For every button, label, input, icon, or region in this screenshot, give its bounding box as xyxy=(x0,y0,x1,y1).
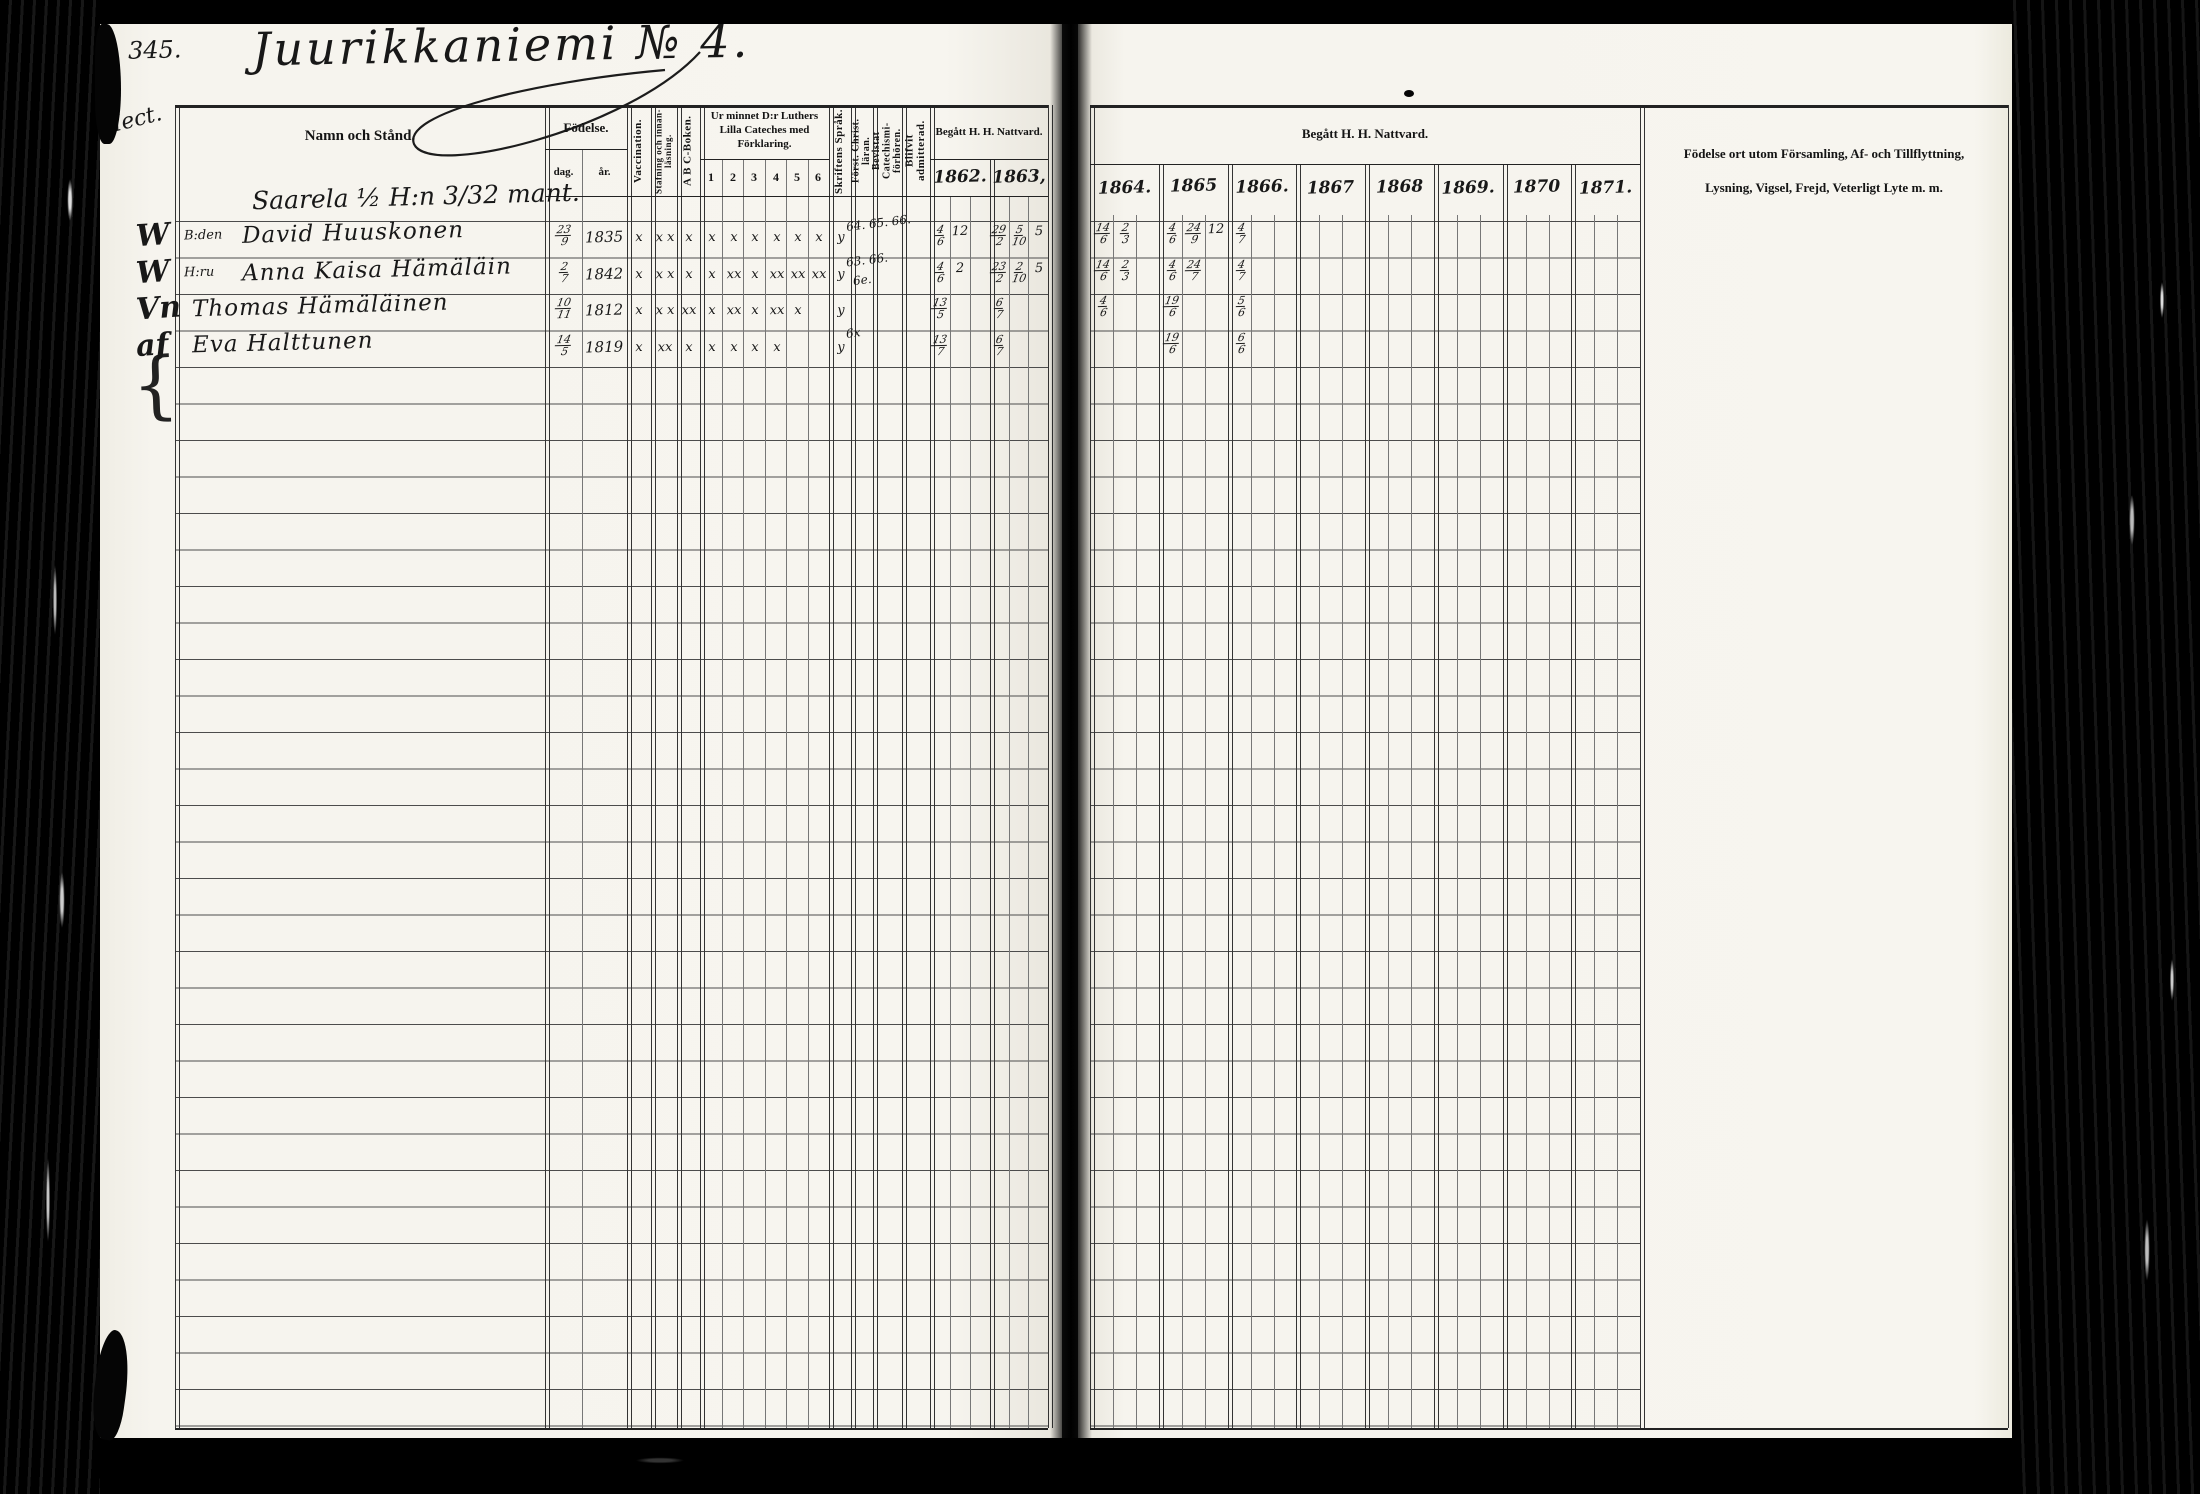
spelling-mark: xx xyxy=(654,339,676,355)
catechism-mark: x xyxy=(747,266,763,281)
abc-mark: x xyxy=(680,266,698,281)
year-label-1862: 1862. xyxy=(930,166,991,188)
catechism-grade-5: 5 xyxy=(789,170,805,185)
communion-date: 46 xyxy=(1092,295,1115,319)
communion-date: 135 xyxy=(929,297,952,321)
table-gridline xyxy=(786,160,787,1428)
fraction-date: 196 xyxy=(1163,331,1180,354)
fraction-date: 46 xyxy=(1098,295,1108,318)
table-gridline xyxy=(970,197,971,1428)
book-gutter-shadow xyxy=(1050,24,1092,1440)
col-header-scripture-language: Skriftens Språk. xyxy=(829,107,851,195)
table-gridline xyxy=(1594,215,1595,1428)
fraction-date: 46 xyxy=(1167,222,1177,245)
fraction-date: 196 xyxy=(1163,295,1180,318)
col-header-birth-day: dag. xyxy=(545,166,582,178)
table-gridline xyxy=(808,160,809,1428)
table-gridline xyxy=(1549,215,1550,1428)
abc-mark: x xyxy=(680,339,698,354)
col-header-birth-year: år. xyxy=(582,166,627,178)
language-mark: y xyxy=(832,339,850,354)
table-gridline xyxy=(1182,215,1183,1428)
catechism-mark: xx xyxy=(769,266,785,281)
fraction-date: 249 xyxy=(1185,222,1202,245)
catechism-mark: x xyxy=(704,230,720,245)
catechism-mark: x xyxy=(704,266,720,281)
col-header-communion-left: Begått H. H. Nattvard. xyxy=(930,126,1048,138)
year-label-1865: 1865 xyxy=(1159,175,1229,197)
fraction-date: 1011 xyxy=(556,297,573,320)
catechism-mark: xx xyxy=(811,266,827,281)
admit-note: 6e. xyxy=(852,271,872,287)
table-gridline xyxy=(1571,165,1576,1428)
table-gridline xyxy=(1028,197,1029,1428)
spelling-mark: x x xyxy=(654,230,676,246)
year-label-1863: 1863, xyxy=(990,166,1049,188)
table-gridline xyxy=(1319,215,1320,1428)
catechism-mark: x xyxy=(704,339,720,354)
catechism-mark: x xyxy=(811,230,827,245)
scan-border-right xyxy=(2012,0,2200,1494)
margin-pen-mark: Vn xyxy=(135,289,182,327)
col-header-catechism: Ur minnet D:r Luthers Lilla Cateches med… xyxy=(702,110,827,151)
fraction-date: 46 xyxy=(935,260,945,283)
communion-date: 137 xyxy=(929,333,952,357)
birth-year: 1842 xyxy=(585,264,624,283)
table-gridline xyxy=(1503,165,1508,1428)
year-label-1870: 1870 xyxy=(1502,176,1572,198)
person-name: Eva Halttunen xyxy=(192,327,374,358)
catechism-mark: x xyxy=(726,339,742,354)
scanned-ledger-page: 345. Juurikkaniemi № 4. Hect. Saarela ½ … xyxy=(0,0,2200,1494)
scan-border-bottom xyxy=(0,1438,2200,1494)
fraction-date: 23 xyxy=(1120,258,1130,281)
table-gridline xyxy=(743,160,744,1428)
catechism-grade-3: 3 xyxy=(746,170,762,185)
fraction-date: 56 xyxy=(1236,295,1246,318)
catechism-mark: x xyxy=(747,339,763,354)
vaccination-mark: x xyxy=(631,230,647,245)
birth-year: 1812 xyxy=(585,301,624,320)
fraction-date: 27 xyxy=(559,260,569,283)
fraction-date: 145 xyxy=(556,333,573,356)
table-rule xyxy=(1090,105,2008,108)
year-label-1869: 1869. xyxy=(1434,177,1503,199)
communion-date: 12 xyxy=(949,224,971,240)
catechism-mark: x xyxy=(769,339,785,354)
table-gridline xyxy=(1617,215,1618,1428)
col-header-abc-book: A B C-Boken. xyxy=(677,107,700,195)
fraction-date: 247 xyxy=(1185,258,1202,281)
table-gridline xyxy=(1205,215,1206,1428)
communion-date: 67 xyxy=(988,333,1011,357)
fraction-date: 135 xyxy=(932,297,949,320)
catechism-mark: xx xyxy=(726,266,742,281)
table-gridline xyxy=(1296,165,1301,1428)
communion-date: 66 xyxy=(1229,331,1252,355)
year-label-1868: 1868 xyxy=(1365,176,1435,198)
catechism-mark: x xyxy=(769,230,785,245)
table-gridline xyxy=(851,105,856,1428)
communion-date: 23 xyxy=(1114,222,1137,246)
communion-date: 56 xyxy=(1229,295,1252,319)
birth-year: 1835 xyxy=(585,228,624,247)
catechism-mark: x xyxy=(704,303,720,318)
vaccination-mark: x xyxy=(631,339,647,354)
table-rule xyxy=(545,196,1048,197)
scan-border-top xyxy=(0,0,2200,24)
col-header-spelling: Stafning och innan-läsning. xyxy=(651,107,677,195)
birth-year: 1819 xyxy=(585,337,624,356)
table-gridline xyxy=(1434,165,1439,1428)
ink-speck xyxy=(1404,90,1414,97)
col-header-name: Namn och Stånd. xyxy=(175,128,545,145)
fraction-date: 137 xyxy=(932,333,949,356)
scan-border-left xyxy=(0,0,100,1494)
birth-day: 27 xyxy=(551,260,578,284)
fraction-date: 292 xyxy=(991,224,1008,247)
fraction-date: 146 xyxy=(1095,258,1112,281)
communion-date: 196 xyxy=(1160,295,1183,319)
col-header-christianity: Först. Christ. läran. xyxy=(851,107,873,195)
table-gridline xyxy=(1411,215,1412,1428)
communion-date: 67 xyxy=(988,297,1011,321)
birth-day: 1011 xyxy=(551,297,578,321)
communion-date: 46 xyxy=(1160,222,1183,246)
person-title: H:ru xyxy=(184,264,215,280)
fraction-date: 67 xyxy=(994,297,1004,320)
fraction-date: 210 xyxy=(1012,260,1027,283)
table-gridline xyxy=(1113,215,1114,1428)
fraction-date: 67 xyxy=(994,333,1004,356)
fraction-date: 46 xyxy=(935,224,945,247)
communion-date: 196 xyxy=(1160,331,1183,355)
language-mark: y xyxy=(832,303,850,318)
catechism-grade-6: 6 xyxy=(810,170,826,185)
table-gridline xyxy=(902,105,907,1428)
table-gridline xyxy=(950,197,951,1428)
vaccination-mark: x xyxy=(631,266,647,281)
catechism-mark: x xyxy=(790,303,806,318)
spelling-mark: x x xyxy=(654,303,676,319)
catechism-mark: xx xyxy=(769,303,785,318)
table-gridline xyxy=(1365,165,1370,1428)
col-header-communion-right: Begått H. H. Nattvard. xyxy=(1090,126,1640,142)
catechism-grade-2: 2 xyxy=(725,170,741,185)
catechism-mark: x xyxy=(790,230,806,245)
catechism-mark: x xyxy=(747,303,763,318)
fraction-date: 47 xyxy=(1236,222,1246,245)
communion-date: 247 xyxy=(1182,258,1205,282)
catechism-mark: x xyxy=(726,230,742,245)
table-gridline xyxy=(873,105,878,1428)
communion-date: 23 xyxy=(1114,258,1137,282)
fraction-date: 239 xyxy=(556,224,573,247)
table-gridline xyxy=(545,105,550,1428)
abc-mark: xx xyxy=(680,303,698,318)
col-header-exams: Bevistat Catechismi-förhören. xyxy=(873,107,902,195)
table-rule xyxy=(175,1428,1048,1430)
margin-pen-mark: af xyxy=(135,326,170,363)
margin-pen-mark: W xyxy=(135,253,171,290)
table-gridline xyxy=(1457,215,1458,1428)
communion-date: 249 xyxy=(1182,222,1205,246)
exam-note: 6x xyxy=(845,325,861,341)
birth-day: 145 xyxy=(551,333,578,357)
table-gridline xyxy=(722,160,723,1428)
year-label-1871: 1871. xyxy=(1571,177,1641,199)
left-table-row-rules xyxy=(175,221,1048,1429)
table-gridline xyxy=(1274,215,1275,1428)
communion-date: 47 xyxy=(1229,258,1252,282)
table-gridline xyxy=(1136,215,1137,1428)
vaccination-mark: x xyxy=(631,303,647,318)
margin-pen-mark: W xyxy=(135,217,171,254)
fraction-date: 47 xyxy=(1236,258,1246,281)
communion-date: 47 xyxy=(1229,222,1252,246)
table-gridline xyxy=(1251,215,1252,1428)
communion-date: 146 xyxy=(1092,258,1115,282)
fraction-date: 232 xyxy=(991,260,1008,283)
table-rule xyxy=(930,159,1048,160)
catechism-grade-1: 1 xyxy=(703,170,719,185)
birth-day: 239 xyxy=(551,224,578,248)
table-rule xyxy=(1090,164,1640,165)
year-label-1866: 1866. xyxy=(1228,176,1297,198)
communion-date: 5 xyxy=(1028,224,1050,240)
communion-date: 146 xyxy=(1092,222,1115,246)
fraction-date: 146 xyxy=(1095,222,1112,245)
table-rule xyxy=(1090,1428,2008,1430)
table-gridline xyxy=(1526,215,1527,1428)
table-gridline xyxy=(1640,105,1645,1428)
table-gridline xyxy=(582,150,583,1428)
communion-date: 12 xyxy=(1205,222,1227,238)
col-header-notes-line2: Lysning, Vigsel, Frejd, Veterligt Lyte m… xyxy=(1640,180,2008,196)
table-gridline xyxy=(1388,215,1389,1428)
fraction-date: 46 xyxy=(1167,258,1177,281)
page-number: 345. xyxy=(128,35,182,64)
fraction-date: 66 xyxy=(1236,331,1246,354)
spelling-mark: x x xyxy=(654,266,676,282)
communion-date: 2 xyxy=(949,260,971,276)
fraction-date: 510 xyxy=(1012,224,1027,247)
table-gridline xyxy=(765,160,766,1428)
col-header-admitted: Blifvit admitterad. xyxy=(902,107,930,195)
catechism-mark: x xyxy=(747,230,763,245)
catechism-mark: xx xyxy=(726,303,742,318)
table-gridline xyxy=(1009,197,1010,1428)
year-label-1864: 1864. xyxy=(1090,177,1160,199)
col-header-birth: Födelse. xyxy=(545,120,627,136)
col-header-vaccination: Vaccination. xyxy=(627,107,651,195)
communion-date: 5 xyxy=(1028,260,1050,276)
table-gridline xyxy=(1342,215,1343,1428)
catechism-grade-4: 4 xyxy=(768,170,784,185)
catechism-mark: xx xyxy=(790,266,806,281)
abc-mark: x xyxy=(680,230,698,245)
communion-date: 46 xyxy=(1160,258,1183,282)
fraction-date: 23 xyxy=(1120,222,1130,245)
person-title: B:den xyxy=(184,228,223,244)
year-label-1867: 1867 xyxy=(1296,177,1366,199)
table-gridline xyxy=(1480,215,1481,1428)
col-header-notes-line1: Födelse ort utom Församling, Af- och Til… xyxy=(1640,146,2008,162)
